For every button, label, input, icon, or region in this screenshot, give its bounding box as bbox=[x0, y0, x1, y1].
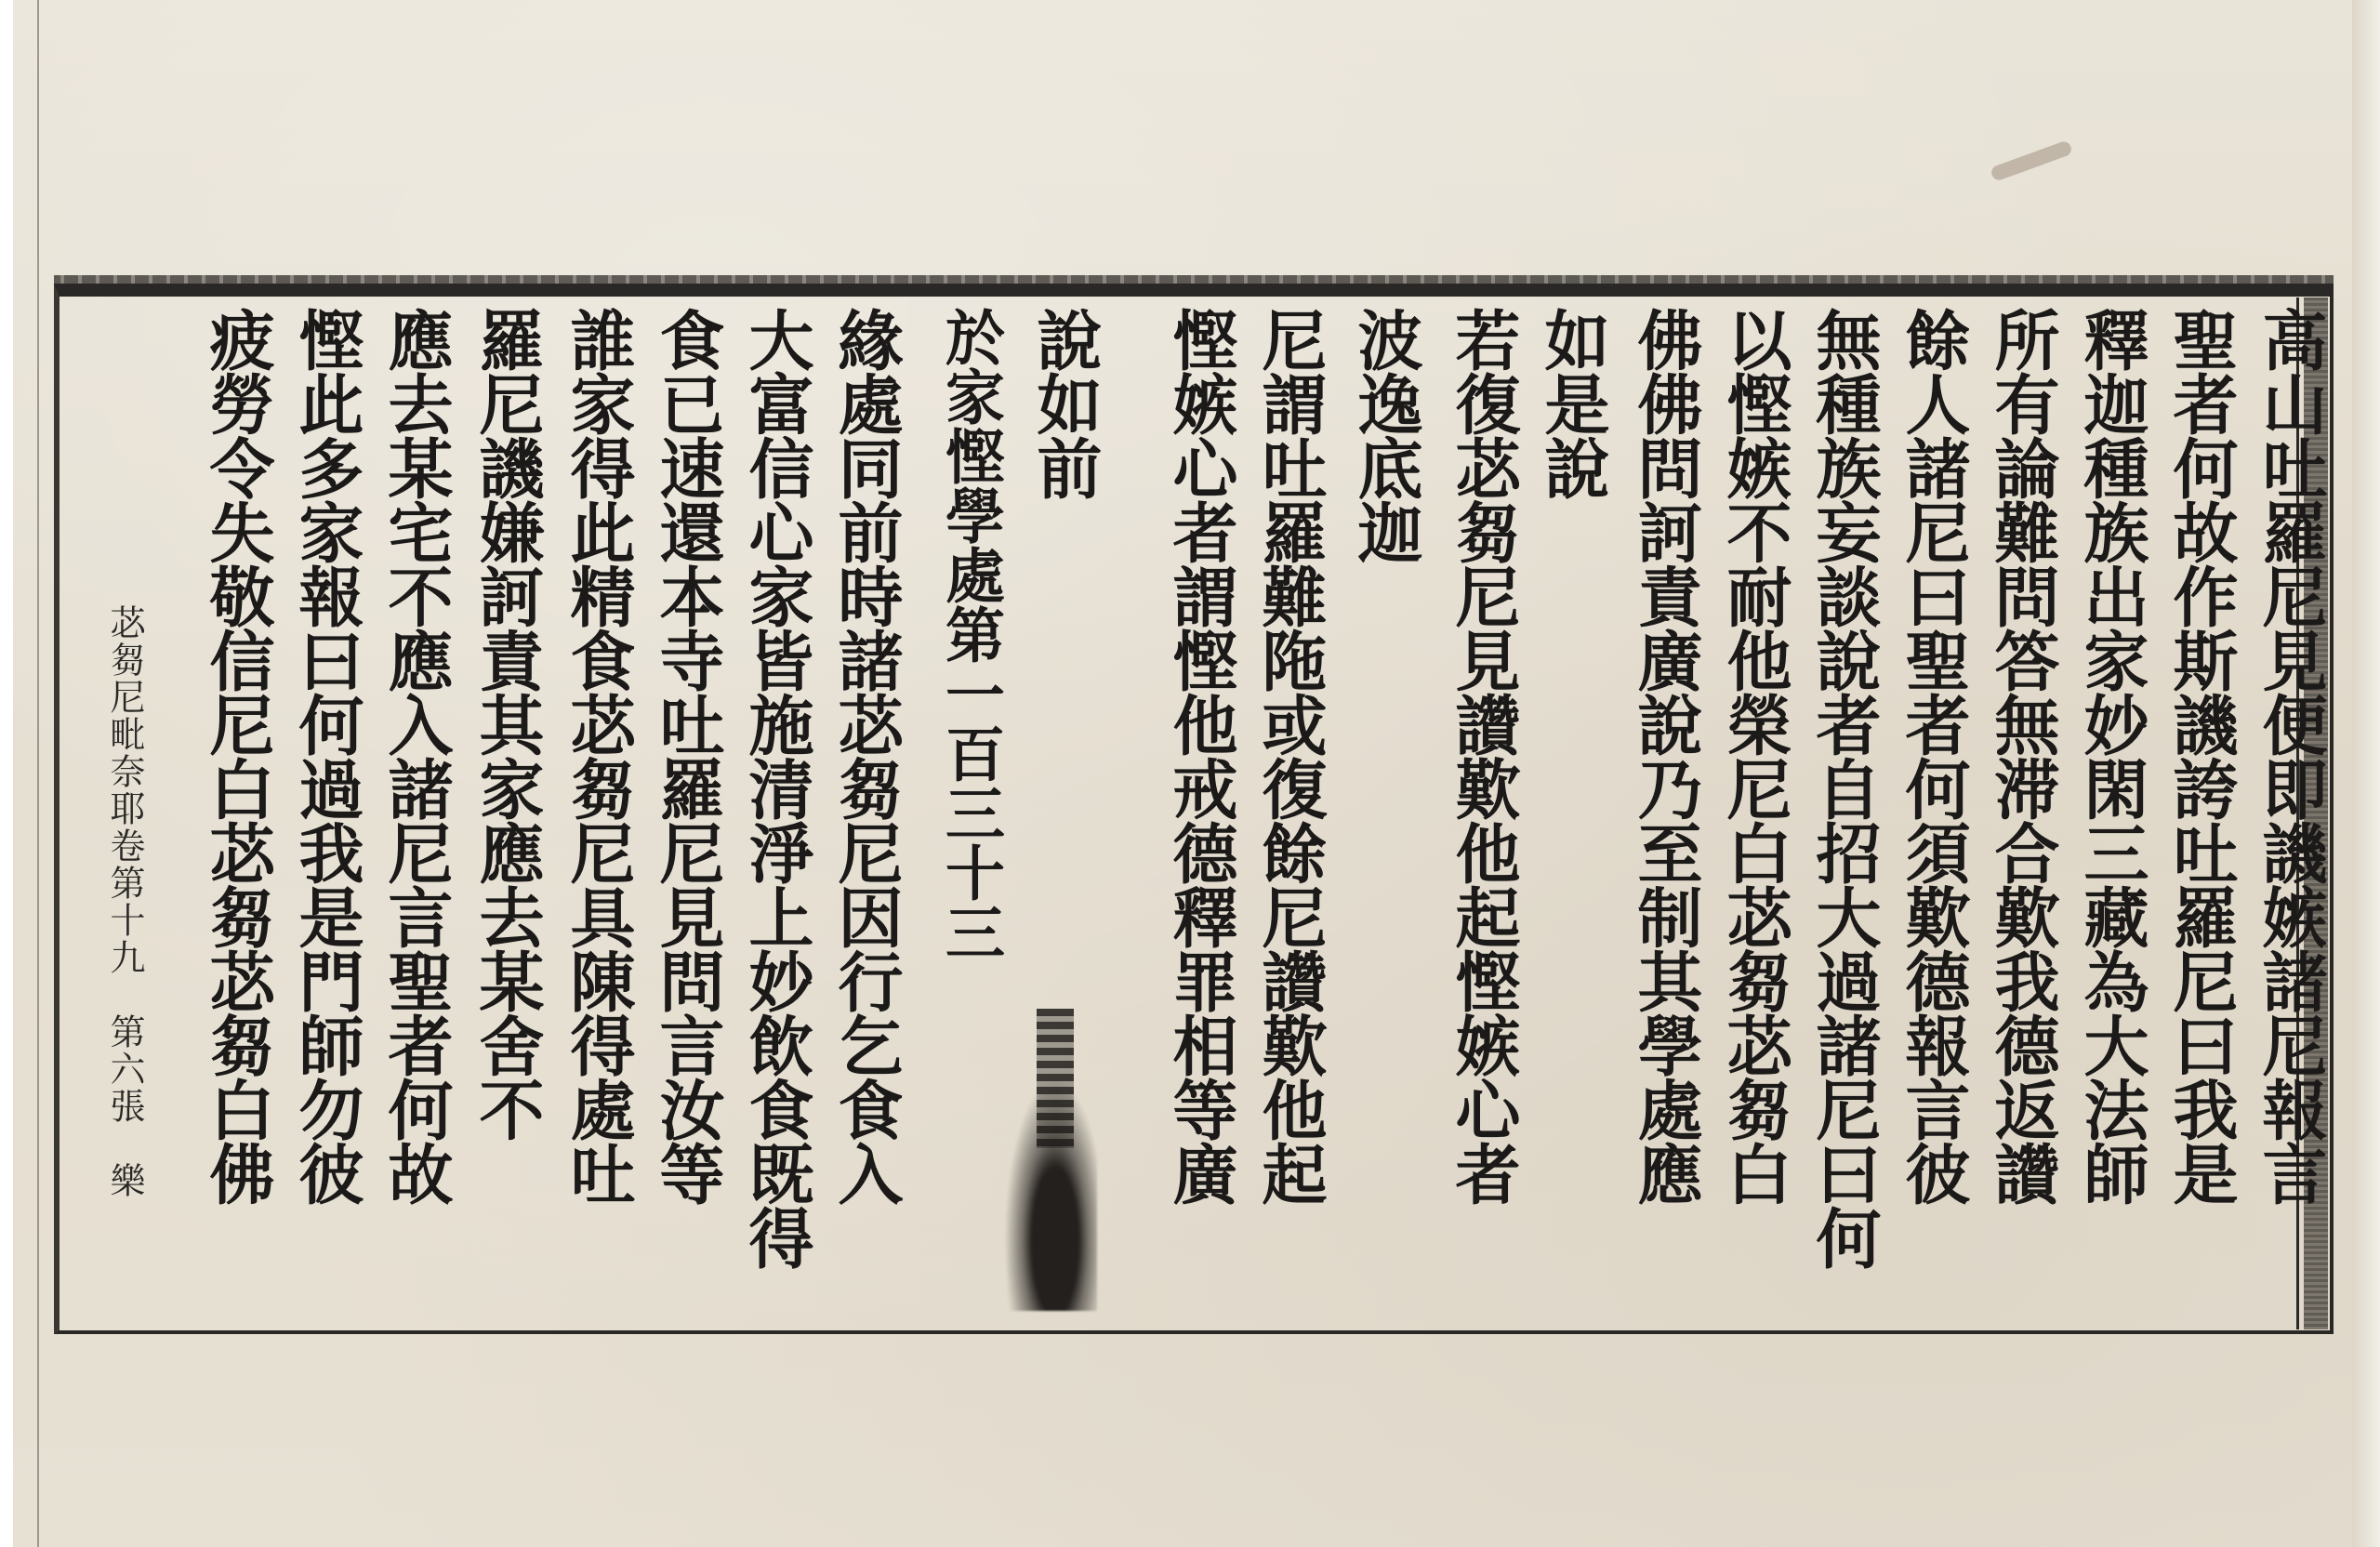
text-column-18: 食已速還本寺吐羅尼見問言汝等 bbox=[645, 307, 729, 1205]
text-column-7: 以慳嫉不耐他榮尼白苾芻苾芻白 bbox=[1712, 307, 1796, 1205]
text-column-3: 釋迦種族出家妙閑三藏為大法師 bbox=[2069, 307, 2153, 1205]
text-column-16: 緣處同前時諸苾芻尼因行乞食入 bbox=[824, 307, 907, 1205]
text-column-17: 大富信心家皆施清淨上妙飲食既得 bbox=[734, 307, 818, 1269]
text-column-9: 如是說 bbox=[1530, 307, 1614, 499]
text-column-5: 餘人諸尼曰聖者何須歎德報言彼 bbox=[1891, 307, 1975, 1205]
text-column-11: 波逸底迦 bbox=[1343, 307, 1427, 563]
text-column-10: 若復苾芻尼見讚歎他起慳嫉心者 bbox=[1441, 307, 1525, 1205]
ink-blot bbox=[1004, 1078, 1097, 1311]
text-column-6: 無種族妄談說者自招大過諸尼曰何 bbox=[1802, 307, 1885, 1269]
text-column-21: 應去某宅不應入諸尼言聖者何故 bbox=[374, 307, 457, 1205]
margin-volume-note: 苾芻尼毗奈耶卷第十九 第六張 樂 bbox=[104, 604, 145, 1199]
text-column-20: 羅尼譏嫌訶責其家應去某舍不 bbox=[465, 307, 549, 1141]
text-column-19: 誰家得此精食苾芻尼具陳得處吐 bbox=[556, 307, 640, 1205]
section-heading: 於家慳學處第一百三十三 bbox=[928, 307, 1011, 961]
text-column-23: 疲勞令失敬信尼白苾芻苾芻白佛 bbox=[195, 307, 279, 1205]
page-right-edge bbox=[2352, 0, 2380, 1547]
text-column-2: 聖者何故作斯譏誇吐羅尼曰我是 bbox=[2159, 307, 2242, 1205]
page-left-edge bbox=[0, 0, 13, 1547]
text-column-14: 說如前 bbox=[1023, 307, 1106, 499]
page-fold-line bbox=[37, 0, 39, 1547]
text-column-13: 慳嫉心者謂慳他戒德釋罪相等廣 bbox=[1158, 307, 1242, 1205]
text-column-12: 尼謂吐羅難陁或復餘尼讚歎他起 bbox=[1248, 307, 1331, 1205]
text-column-4: 所有論難問答無滞合歎我德返讚 bbox=[1980, 307, 2064, 1205]
text-column-22: 慳此多家報曰何過我是門師勿彼 bbox=[284, 307, 368, 1205]
text-column-1: 高山吐羅尼見便即譏嫉諸尼報言 bbox=[2248, 307, 2332, 1205]
text-column-8: 佛佛問訶責廣說乃至制其學處應 bbox=[1623, 307, 1707, 1205]
